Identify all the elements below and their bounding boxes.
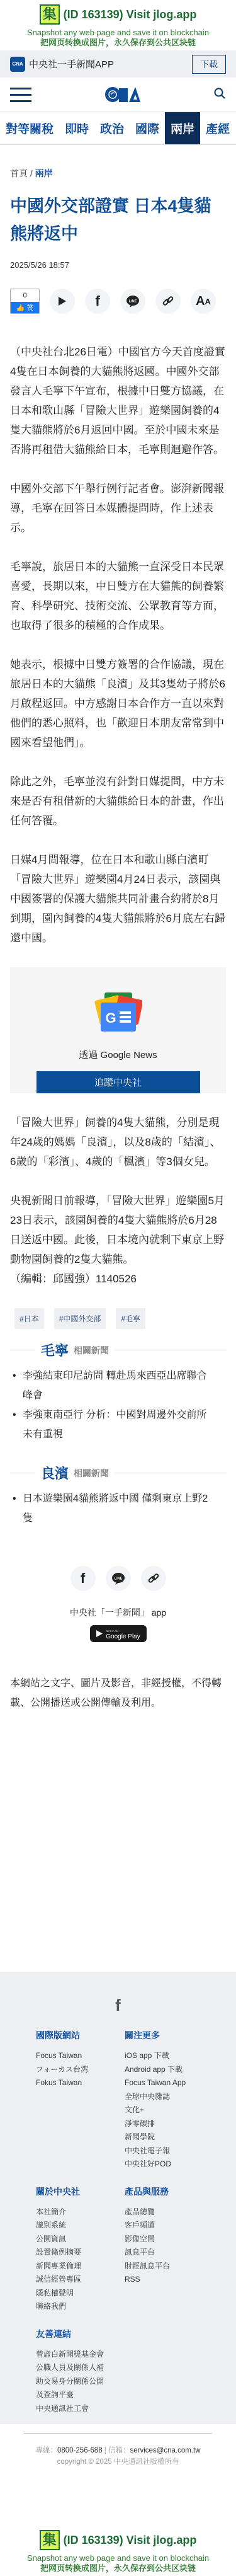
footer-link[interactable]: 新聞專業倫理 — [36, 2260, 125, 2274]
email-link[interactable]: services@cna.com.tw — [130, 2447, 201, 2454]
footer-link[interactable]: 隱私權聲明 — [36, 2287, 125, 2301]
svg-text:LINE: LINE — [129, 300, 137, 304]
paragraph: 中國外交部下午舉行例行記者會。澎湃新聞報導，毛寧在回答日本媒體提問時，作上述表示… — [10, 479, 226, 538]
tag[interactable]: #毛寧 — [116, 1308, 145, 1329]
tag[interactable]: #中國外交部 — [54, 1308, 106, 1329]
footer-link[interactable]: 新聞學院 — [125, 2130, 225, 2144]
paragraph: 「冒險大世界」飼養的4隻大貓熊，分別是現年24歲的媽媽「良濱」，以及8歲的「結濱… — [10, 1113, 226, 1171]
nav-item-tariff[interactable]: 對等關稅 — [0, 112, 59, 144]
share-toolbar: 0 👍 赞 f LINE AA — [10, 289, 226, 314]
font-size-icon[interactable]: AA — [191, 289, 216, 314]
related-item[interactable]: 李強東南亞行 分析：中國對周邊外交前所未有重視 — [23, 1405, 226, 1444]
jlog-icon: 集 — [40, 4, 60, 25]
category-nav: 對等關稅 即時 政治 國際 兩岸 產經 — [0, 112, 236, 145]
app-promo-text: 中央社「一手新聞」 app — [10, 1606, 226, 1619]
footer-link[interactable]: 公職人員及關係人補助交易身分關係公開及查詢平臺 — [36, 2361, 108, 2402]
footer-link[interactable]: 聯絡我們 — [36, 2300, 125, 2314]
nav-item-international[interactable]: 國際 — [130, 112, 165, 144]
footer-link[interactable]: 影像空間 — [125, 2233, 225, 2246]
footer-link[interactable]: 全球中央雜誌 — [125, 2090, 225, 2104]
footer-link[interactable]: 中央通訊社工會 — [36, 2402, 125, 2416]
footer-link[interactable]: 文化+ — [125, 2103, 225, 2117]
footer-link[interactable]: Fokus Taiwan — [36, 2076, 125, 2090]
related-label: 相關新聞 — [74, 1344, 109, 1357]
paragraph: 除此之外，毛寧並沒有針對日媒提問，中方未來是否有租借新的大貓熊給日本的計畫，作出… — [10, 772, 226, 831]
google-play-badge[interactable]: GET IT ON Google Play — [90, 1625, 147, 1642]
breadcrumb-home[interactable]: 首頁 — [10, 168, 28, 178]
line-icon[interactable]: LINE — [120, 289, 145, 314]
hotline-number[interactable]: 0800-256-688 — [57, 2447, 103, 2454]
footer-link[interactable]: 訊息平台 — [125, 2246, 225, 2260]
thumbs-up-icon: 👍 — [16, 304, 25, 312]
google-news-box: G 透過 Google News 追蹤中央社 — [10, 967, 226, 1093]
paragraph: 毛寧說，旅居日本的大貓熊一直深受日本民眾喜愛，長期以來，中日雙方在大貓熊的飼養繁… — [10, 557, 226, 635]
app-bar-title: 中央社一手新聞APP — [29, 57, 192, 71]
paragraph: 日媒4月間報導，位在日本和歌山縣白濱町「冒險大世界」遊樂園4月24日表示，該園與… — [10, 850, 226, 948]
related-news-mao-ning: 毛寧 相關新聞 李強結束印尼訪問 轉赴馬來西亞出席聯合峰會 李強東南亞行 分析：… — [10, 1340, 226, 1444]
footer-link[interactable]: Android app 下載 — [125, 2063, 225, 2077]
footer-copyright: copyright © 2025 中央通訊社版權所有 — [0, 2456, 236, 2468]
link-icon[interactable] — [141, 1566, 166, 1591]
tag-list: #日本 #中國外交部 #毛寧 — [10, 1308, 226, 1329]
nav-item-cross-strait[interactable]: 兩岸 — [165, 112, 200, 144]
download-button[interactable]: 下載 — [192, 55, 226, 74]
article-body: （中央社台北26日電）中國官方今天首度證實4隻在日本飼養的大貓熊將返國。中國外交… — [10, 342, 226, 1289]
related-keyword[interactable]: 毛寧 — [41, 1340, 69, 1360]
link-icon[interactable] — [155, 289, 181, 314]
play-icon[interactable] — [50, 289, 75, 314]
jlog-line-zh: 把网页转换成图片，永久保存到公共区块链 — [0, 38, 236, 47]
hamburger-icon[interactable] — [10, 88, 31, 102]
footer-link[interactable]: 設置條例摘要 — [36, 2246, 125, 2260]
footer-divider — [24, 2433, 212, 2434]
footer-link[interactable]: 中央社好POD — [125, 2158, 225, 2171]
follow-cna-button[interactable]: 追蹤中央社 — [37, 1071, 200, 1093]
footer-col-about: 關於中央社 本社簡介 識別系統 公開資訊 設置條例摘要 新聞專業倫理 誠信經營專… — [36, 2185, 125, 2314]
editor-line: （編輯：邱國強）1140526 — [10, 1269, 226, 1289]
jlog-line-en: Snapshot any web page and save it on blo… — [0, 28, 236, 38]
footer-link[interactable]: Focus Taiwan App — [125, 2076, 225, 2090]
footer-col-friendly-links: 友善連結 曾虛白新聞獎基金會 公職人員及關係人補助交易身分關係公開及查詢平臺 中… — [36, 2328, 125, 2416]
footer-col-international: 國際版網站 Focus Taiwan フォーカス台湾 Fokus Taiwan — [36, 2029, 125, 2171]
site-header — [0, 78, 236, 112]
search-icon[interactable] — [213, 87, 226, 103]
footer-link[interactable]: 淨零碳排 — [125, 2117, 225, 2131]
app-download-bar: CNA 中央社一手新聞APP 下載 — [0, 50, 236, 78]
jlog-icon: 集 — [40, 2530, 60, 2550]
jlog-banner: 集 (ID 163139) Visit jlog.app Snapshot an… — [0, 0, 236, 50]
related-keyword[interactable]: 良濱 — [41, 1463, 69, 1483]
footer-contact: 專線：0800-256-688 | 信箱：services@cna.com.tw… — [0, 2445, 236, 2468]
jlog-id-line[interactable]: (ID 163139) Visit jlog.app — [64, 2534, 197, 2547]
svg-text:G: G — [105, 1010, 116, 1026]
footer-link[interactable]: RSS — [125, 2273, 225, 2287]
footer-link[interactable]: 本社簡介 — [36, 2205, 125, 2219]
footer-link[interactable]: 誠信經營專區 — [36, 2273, 125, 2287]
related-item[interactable]: 李強結束印尼訪問 轉赴馬來西亞出席聯合峰會 — [23, 1366, 226, 1405]
bottom-share-bar: f LINE — [10, 1566, 226, 1591]
footer-link[interactable]: Focus Taiwan — [36, 2049, 125, 2063]
facebook-icon[interactable]: f — [85, 289, 110, 314]
paragraph: （中央社台北26日電）中國官方今天首度證實4隻在日本飼養的大貓熊將返國。中國外交… — [10, 342, 226, 459]
footer-link[interactable]: 識別系統 — [36, 2219, 125, 2233]
line-icon[interactable]: LINE — [106, 1566, 131, 1591]
tag[interactable]: #日本 — [14, 1308, 44, 1329]
copyright-notice: 本網站之文字、圖片及影音，非經授權，不得轉載、公開播送或公開傳輸及利用。 — [10, 1674, 226, 1713]
breadcrumb: 首頁 / 兩岸 — [10, 167, 226, 180]
paragraph: 央視新聞日前報導，「冒險大世界」遊樂園5月23日表示，該園飼養的4隻大貓熊將於6… — [10, 1191, 226, 1269]
cna-app-icon: CNA — [10, 57, 25, 72]
paragraph: 她表示，根據中日雙方簽署的合作協議，現在旅居日本的大貓熊「良濱」及其3隻幼子將於… — [10, 655, 226, 752]
footer-link[interactable]: 公開資訊 — [36, 2233, 125, 2246]
footer-link[interactable]: 客戶頻道 — [125, 2219, 225, 2233]
google-news-icon: G — [94, 992, 142, 1038]
related-news-rauhin: 良濱 相關新聞 日本遊樂園4貓熊將返中國 僅剩東京上野2隻 — [10, 1463, 226, 1528]
google-play-icon — [96, 1630, 103, 1638]
footer-link[interactable]: 曾虛白新聞獎基金會 — [36, 2348, 125, 2362]
like-count: 0 — [11, 289, 39, 302]
footer-link[interactable]: 中央社電子報 — [125, 2144, 225, 2158]
cna-logo[interactable] — [105, 86, 140, 103]
nav-item-business[interactable]: 產經 — [200, 112, 235, 144]
nav-item-politics[interactable]: 政治 — [94, 112, 130, 144]
footer-link[interactable]: 財經訊息平台 — [125, 2260, 225, 2274]
footer-link[interactable]: フォーカス台湾 — [36, 2063, 125, 2077]
svg-text:LINE: LINE — [114, 1577, 122, 1581]
nav-item-realtime[interactable]: 即時 — [59, 112, 94, 144]
article: 首頁 / 兩岸 中國外交部證實 日本4隻貓熊將返中 2025/5/26 18:5… — [0, 167, 236, 1713]
footer-col-products: 產品與服務 產品總覽 客戶頻道 影像空間 訊息平台 財經訊息平台 RSS — [125, 2185, 225, 2314]
footer-link[interactable]: iOS app 下載 — [125, 2049, 225, 2063]
footer-col-follow: 關注更多 iOS app 下載 Android app 下載 Focus Tai… — [125, 2029, 225, 2171]
article-title: 中國外交部證實 日本4隻貓熊將返中 — [10, 192, 226, 248]
fb-like-button[interactable]: 0 👍 赞 — [10, 289, 40, 314]
facebook-icon[interactable]: f — [70, 1566, 96, 1591]
article-date: 2025/5/26 18:57 — [10, 260, 226, 270]
related-item[interactable]: 日本遊樂園4貓熊將返中國 僅剩東京上野2隻 — [23, 1489, 226, 1528]
jlog-banner-bottom: 集 (ID 163139) Visit jlog.app Snapshot an… — [0, 2526, 236, 2576]
google-news-text: 透過 Google News — [79, 1045, 157, 1065]
facebook-icon[interactable]: f — [0, 1996, 236, 2015]
breadcrumb-current[interactable]: 兩岸 — [35, 168, 53, 178]
jlog-id-line[interactable]: (ID 163139) Visit jlog.app — [64, 8, 197, 21]
footer-link[interactable]: 產品總覽 — [125, 2205, 225, 2219]
site-footer: f 國際版網站 Focus Taiwan フォーカス台湾 Fokus Taiwa… — [0, 1972, 236, 2424]
related-label: 相關新聞 — [74, 1467, 109, 1480]
